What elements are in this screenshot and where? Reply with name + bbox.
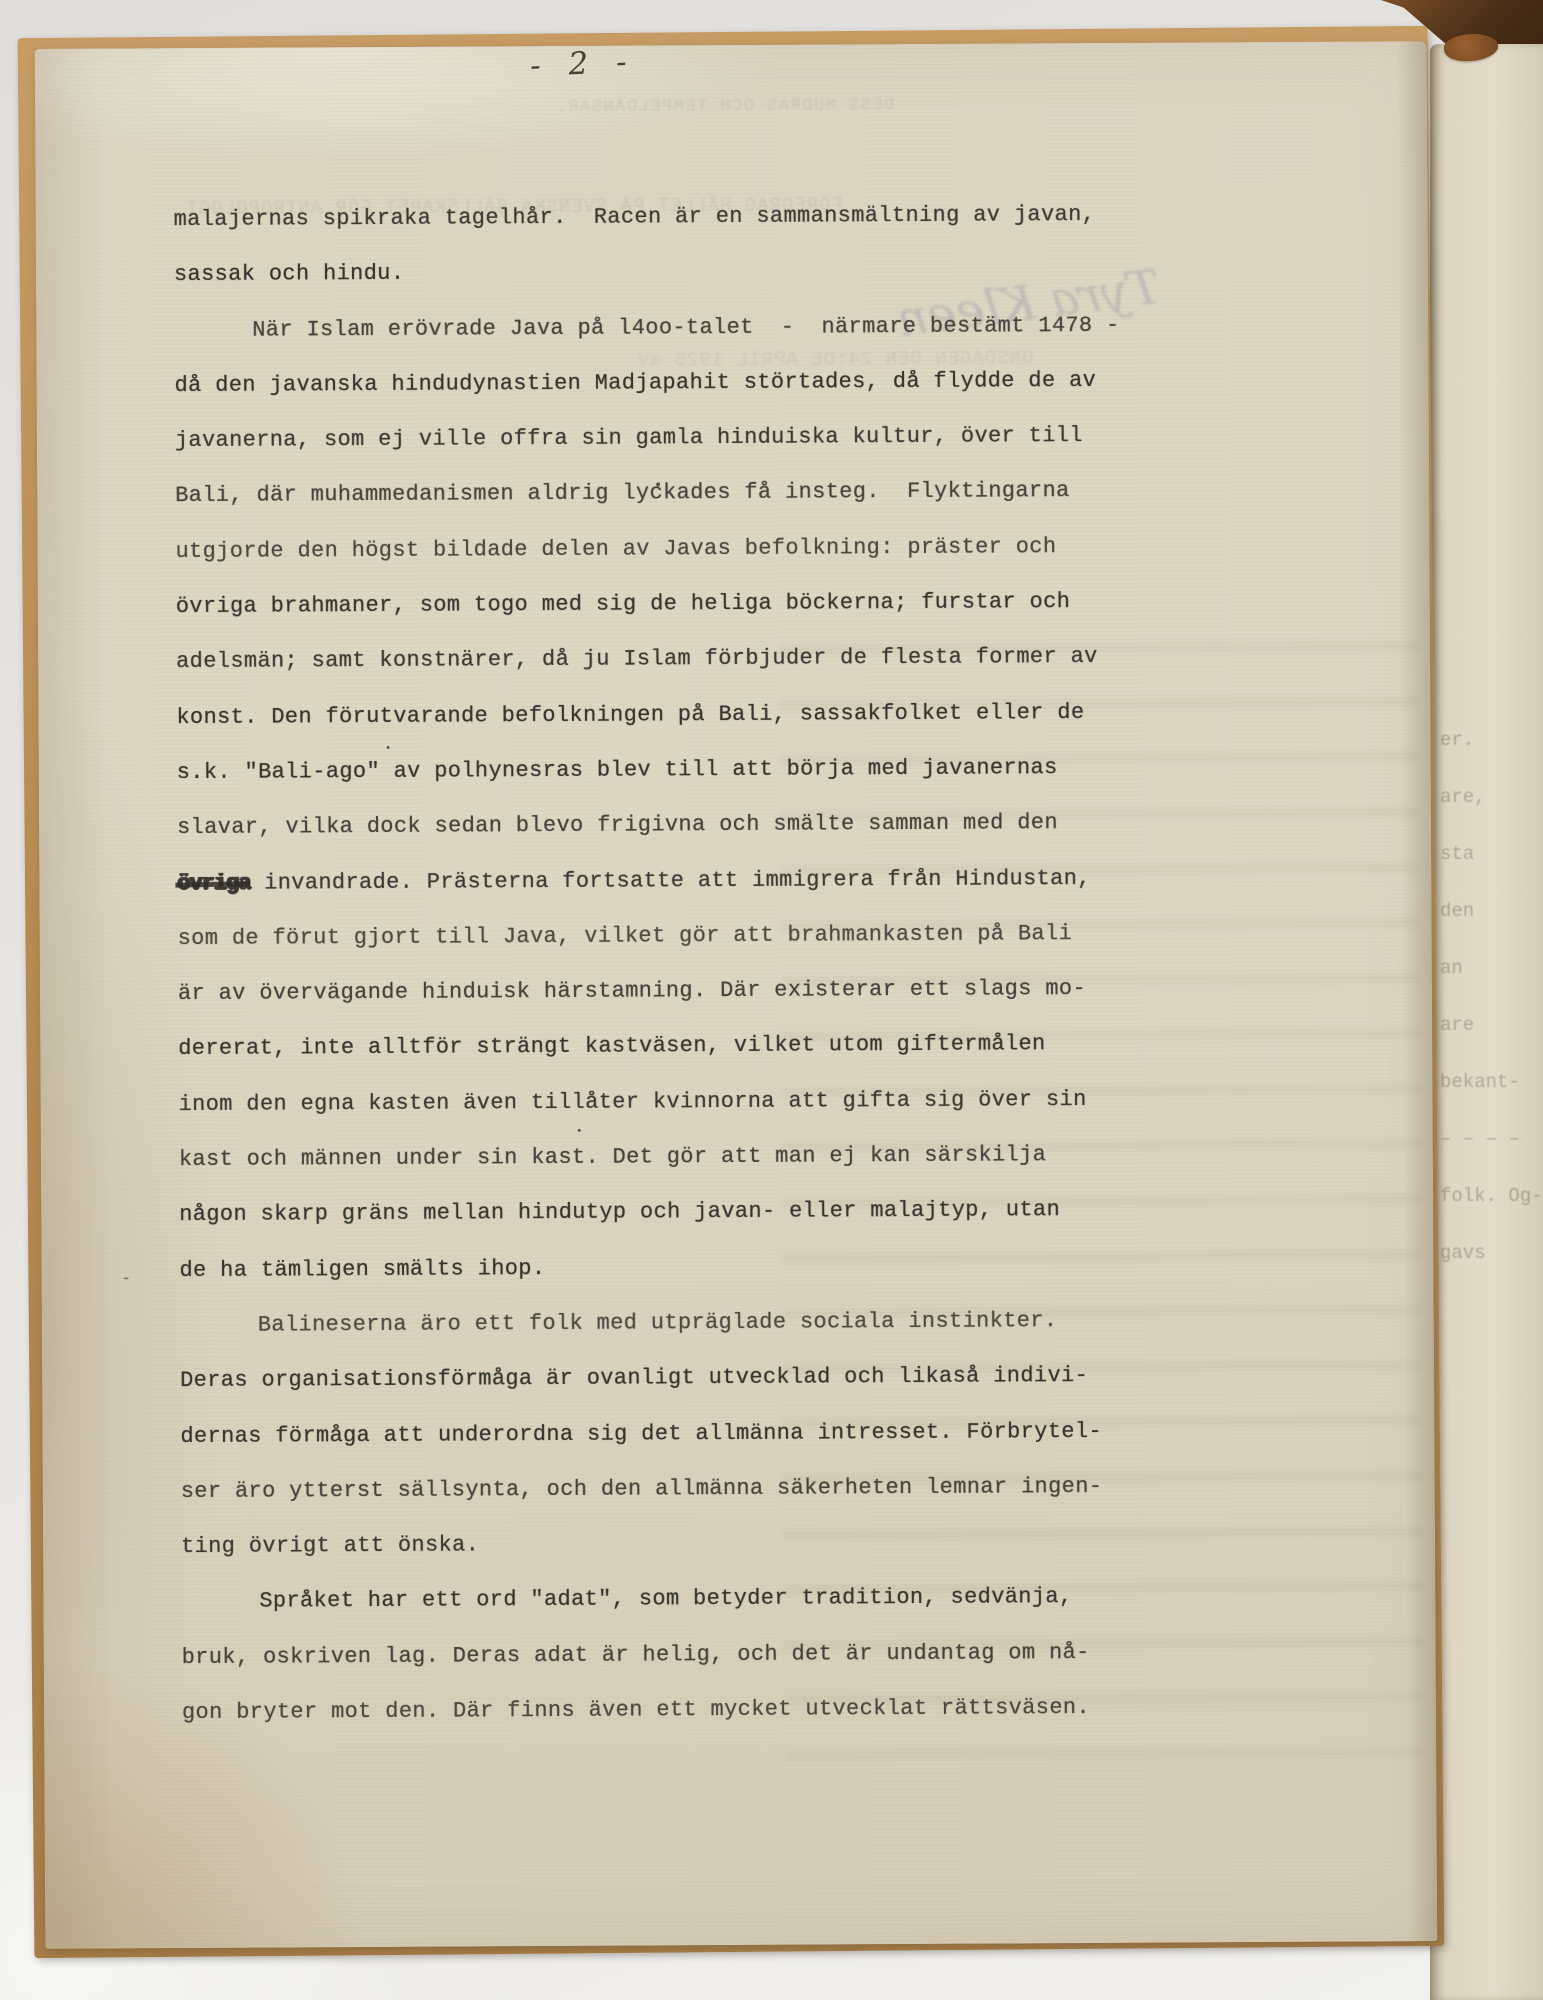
typed-line: bruk, oskriven lag. Deras adat är helig,… — [182, 1624, 1167, 1685]
typed-text-block: malajernas spikraka tagelhår. Racen är e… — [174, 187, 1168, 1741]
typed-line: utgjorde den högst bildade delen av Java… — [175, 518, 1160, 579]
typed-line: ser äro ytterst sällsynta, och den allmä… — [181, 1458, 1166, 1519]
edge-fragment: sta — [1440, 826, 1540, 883]
bleedthrough-title: DESS MUDRAS OCH TEMPELDANSAR. — [555, 96, 894, 117]
typed-line: Språket har ett ord "adat", som betyder … — [181, 1569, 1166, 1630]
typed-line: s.k. "Bali-ago" av polhynesras blev till… — [177, 740, 1162, 801]
ink-speck — [124, 1277, 129, 1279]
edge-fragment: gavs — [1440, 1225, 1540, 1282]
typed-line: dernas förmåga att underordna sig det al… — [180, 1403, 1165, 1464]
typed-line: Deras organisationsförmåga är ovanligt u… — [180, 1348, 1165, 1409]
edge-fragment: bekant- — [1440, 1054, 1540, 1111]
struck-word: övriga — [177, 870, 250, 895]
typed-line: ting övrigt att önska. — [181, 1514, 1166, 1575]
page-number: - 2 - — [502, 43, 663, 85]
typed-line: någon skarp gräns mellan hindutyp och ja… — [179, 1182, 1164, 1243]
typed-line: adelsmän; samt konstnärer, då ju Islam f… — [176, 629, 1161, 690]
ink-speck — [387, 746, 390, 749]
typed-line: är av övervägande hinduisk härstamning. … — [178, 961, 1163, 1022]
photo-backdrop: - 2 - DESS MUDRAS OCH TEMPELDANSAR. FÖRE… — [0, 0, 1543, 2000]
ink-speck — [578, 1129, 581, 1132]
edge-fragment: are, — [1440, 769, 1540, 826]
edge-fragment: an — [1440, 940, 1540, 997]
typed-line: javanerna, som ej ville offra sin gamla … — [175, 408, 1160, 469]
typed-line: gon bryter mot den. Där finns även ett m… — [182, 1680, 1167, 1741]
typed-line: Balineserna äro ett folk med utpräglade … — [180, 1293, 1165, 1354]
typed-line: kast och männen under sin kast. Det gör … — [179, 1127, 1164, 1188]
typed-line: dererat, inte alltför strängt kastväsen,… — [178, 1016, 1163, 1077]
typed-line: slavar, vilka dock sedan blevo frigivna … — [177, 795, 1162, 856]
typed-line: inom den egna kasten även tillåter kvinn… — [178, 1071, 1163, 1132]
typed-line: sassak och hindu. — [174, 242, 1159, 303]
edge-fragment: are — [1440, 997, 1540, 1054]
typed-line: Bali, där muhammedanismen aldrig lyckade… — [175, 463, 1160, 524]
ink-speck — [656, 482, 660, 486]
edge-fragment: folk. Og- — [1440, 1168, 1540, 1225]
typed-line: då den javanska hindudynastien Madjapahi… — [174, 353, 1159, 414]
edge-fragment: er. — [1440, 712, 1540, 769]
typed-line: övriga invandrade. Prästerna fortsatte a… — [177, 850, 1162, 911]
typed-line: som de förut gjort till Java, vilket gör… — [178, 905, 1163, 966]
edge-fragment: – – – – — [1440, 1111, 1540, 1168]
typed-line: konst. Den förutvarande befolkningen på … — [176, 684, 1161, 745]
typed-line: malajernas spikraka tagelhår. Racen är e… — [174, 187, 1159, 248]
typed-line: När Islam erövrade Java på l4oo-talet - … — [174, 297, 1159, 358]
typed-line: övriga brahmaner, som togo med sig de he… — [176, 574, 1161, 635]
manuscript-page: - 2 - DESS MUDRAS OCH TEMPELDANSAR. FÖRE… — [35, 41, 1438, 1949]
next-page-text-fragments: er.are,stadenanarebekant-– – – –folk. Og… — [1440, 712, 1540, 1282]
typed-line: de ha tämligen smälts ihop. — [179, 1237, 1164, 1298]
edge-fragment: den — [1440, 883, 1540, 940]
